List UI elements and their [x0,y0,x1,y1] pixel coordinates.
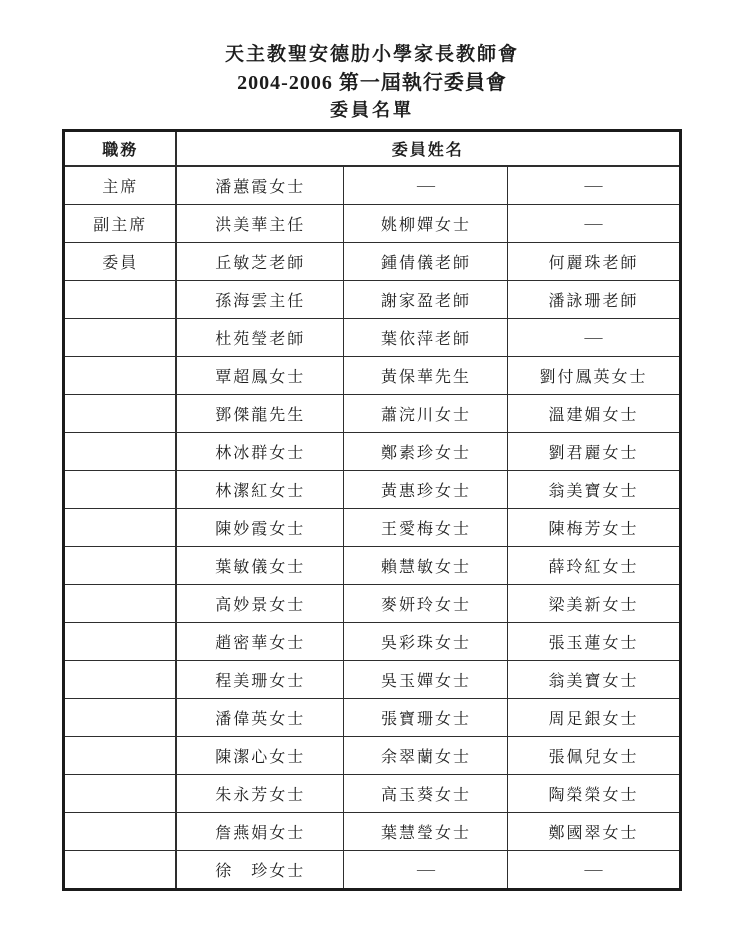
table-row: 葉敏儀女士賴慧敏女士薛玲紅女士 [64,547,680,585]
name-cell: 蕭浣川女士 [344,395,508,433]
table-row: 趙密華女士吳彩珠女士張玉蓮女士 [64,623,680,661]
name-cell: 丘敏芝老師 [176,243,344,281]
title-committee-term: 2004-2006 第一屆執行委員會 [0,68,744,98]
table-row: 高妙景女士麥妍玲女士梁美新女士 [64,585,680,623]
position-cell [64,281,176,319]
column-header-position: 職務 [64,131,176,167]
name-cell: 梁美新女士 [508,585,680,623]
name-cell: 程美珊女士 [176,661,344,699]
title-list-name: 委員名單 [0,98,744,122]
name-cell: 朱永芳女士 [176,775,344,813]
position-cell: 副主席 [64,205,176,243]
table-row: 主席潘蕙霞女士—— [64,166,680,205]
table-row: 潘偉英女士張寶珊女士周足銀女士 [64,699,680,737]
name-cell: 潘詠珊老師 [508,281,680,319]
empty-cell: — [508,319,680,357]
name-cell: 林潔紅女士 [176,471,344,509]
empty-cell: — [508,851,680,890]
name-cell: 薛玲紅女士 [508,547,680,585]
column-header-names: 委員姓名 [176,131,680,167]
table-row: 程美珊女士吳玉嬋女士翁美寶女士 [64,661,680,699]
table-row: 徐 珍女士—— [64,851,680,890]
position-cell [64,851,176,890]
table-row: 陳潔心女士余翠蘭女士張佩兒女士 [64,737,680,775]
empty-cell: — [344,166,508,205]
table-row: 詹燕娟女士葉慧瑩女士鄭國翠女士 [64,813,680,851]
position-cell: 委員 [64,243,176,281]
position-cell [64,661,176,699]
position-cell [64,699,176,737]
table-row: 林冰群女士鄭素珍女士劉君麗女士 [64,433,680,471]
position-cell [64,433,176,471]
table-row: 孫海雲主任謝家盈老師潘詠珊老師 [64,281,680,319]
document-title: 天主教聖安德肋小學家長教師會 2004-2006 第一屆執行委員會 委員名單 [0,0,744,122]
name-cell: 黃惠珍女士 [344,471,508,509]
empty-cell: — [344,851,508,890]
header-row: 職務 委員姓名 [64,131,680,167]
name-cell: 陶榮榮女士 [508,775,680,813]
table-header: 職務 委員姓名 [64,131,680,167]
name-cell: 葉慧瑩女士 [344,813,508,851]
name-cell: 翁美寶女士 [508,661,680,699]
table-row: 副主席洪美華主任姚柳嬋女士— [64,205,680,243]
name-cell: 溫建媚女士 [508,395,680,433]
position-cell [64,547,176,585]
name-cell: 吳玉嬋女士 [344,661,508,699]
name-cell: 高妙景女士 [176,585,344,623]
name-cell: 杜苑瑩老師 [176,319,344,357]
name-cell: 陳妙霞女士 [176,509,344,547]
name-cell: 余翠蘭女士 [344,737,508,775]
position-cell [64,319,176,357]
position-cell [64,585,176,623]
position-cell [64,737,176,775]
empty-cell: — [508,166,680,205]
name-cell: 王愛梅女士 [344,509,508,547]
table-row: 委員丘敏芝老師鍾倩儀老師何麗珠老師 [64,243,680,281]
name-cell: 鄭國翠女士 [508,813,680,851]
name-cell: 徐 珍女士 [176,851,344,890]
position-cell [64,509,176,547]
name-cell: 潘偉英女士 [176,699,344,737]
name-cell: 吳彩珠女士 [344,623,508,661]
name-cell: 陳梅芳女士 [508,509,680,547]
name-cell: 趙密華女士 [176,623,344,661]
position-cell [64,395,176,433]
name-cell: 高玉葵女士 [344,775,508,813]
committee-table: 職務 委員姓名 主席潘蕙霞女士——副主席洪美華主任姚柳嬋女士—委員丘敏芝老師鍾倩… [62,129,681,891]
name-cell: 張佩兒女士 [508,737,680,775]
name-cell: 陳潔心女士 [176,737,344,775]
table-row: 杜苑瑩老師葉依萍老師— [64,319,680,357]
empty-cell: — [508,205,680,243]
name-cell: 張玉蓮女士 [508,623,680,661]
name-cell: 張寶珊女士 [344,699,508,737]
name-cell: 詹燕娟女士 [176,813,344,851]
table-row: 鄧傑龍先生蕭浣川女士溫建媚女士 [64,395,680,433]
name-cell: 鄧傑龍先生 [176,395,344,433]
name-cell: 姚柳嬋女士 [344,205,508,243]
name-cell: 洪美華主任 [176,205,344,243]
name-cell: 何麗珠老師 [508,243,680,281]
name-cell: 葉敏儀女士 [176,547,344,585]
name-cell: 麥妍玲女士 [344,585,508,623]
position-cell: 主席 [64,166,176,205]
name-cell: 覃超鳳女士 [176,357,344,395]
name-cell: 黃保華先生 [344,357,508,395]
title-school-name: 天主教聖安德肋小學家長教師會 [0,42,744,68]
position-cell [64,471,176,509]
table-row: 陳妙霞女士王愛梅女士陳梅芳女士 [64,509,680,547]
table-row: 覃超鳳女士黃保華先生劉付鳳英女士 [64,357,680,395]
position-cell [64,813,176,851]
name-cell: 劉付鳳英女士 [508,357,680,395]
name-cell: 翁美寶女士 [508,471,680,509]
table-row: 朱永芳女士高玉葵女士陶榮榮女士 [64,775,680,813]
name-cell: 賴慧敏女士 [344,547,508,585]
position-cell [64,357,176,395]
name-cell: 孫海雲主任 [176,281,344,319]
name-cell: 劉君麗女士 [508,433,680,471]
name-cell: 林冰群女士 [176,433,344,471]
position-cell [64,775,176,813]
table-body: 主席潘蕙霞女士——副主席洪美華主任姚柳嬋女士—委員丘敏芝老師鍾倩儀老師何麗珠老師… [64,166,680,890]
document-page: 天主教聖安德肋小學家長教師會 2004-2006 第一屆執行委員會 委員名單 職… [0,0,744,928]
position-cell [64,623,176,661]
name-cell: 周足銀女士 [508,699,680,737]
name-cell: 潘蕙霞女士 [176,166,344,205]
name-cell: 謝家盈老師 [344,281,508,319]
name-cell: 鄭素珍女士 [344,433,508,471]
name-cell: 葉依萍老師 [344,319,508,357]
name-cell: 鍾倩儀老師 [344,243,508,281]
table-row: 林潔紅女士黃惠珍女士翁美寶女士 [64,471,680,509]
